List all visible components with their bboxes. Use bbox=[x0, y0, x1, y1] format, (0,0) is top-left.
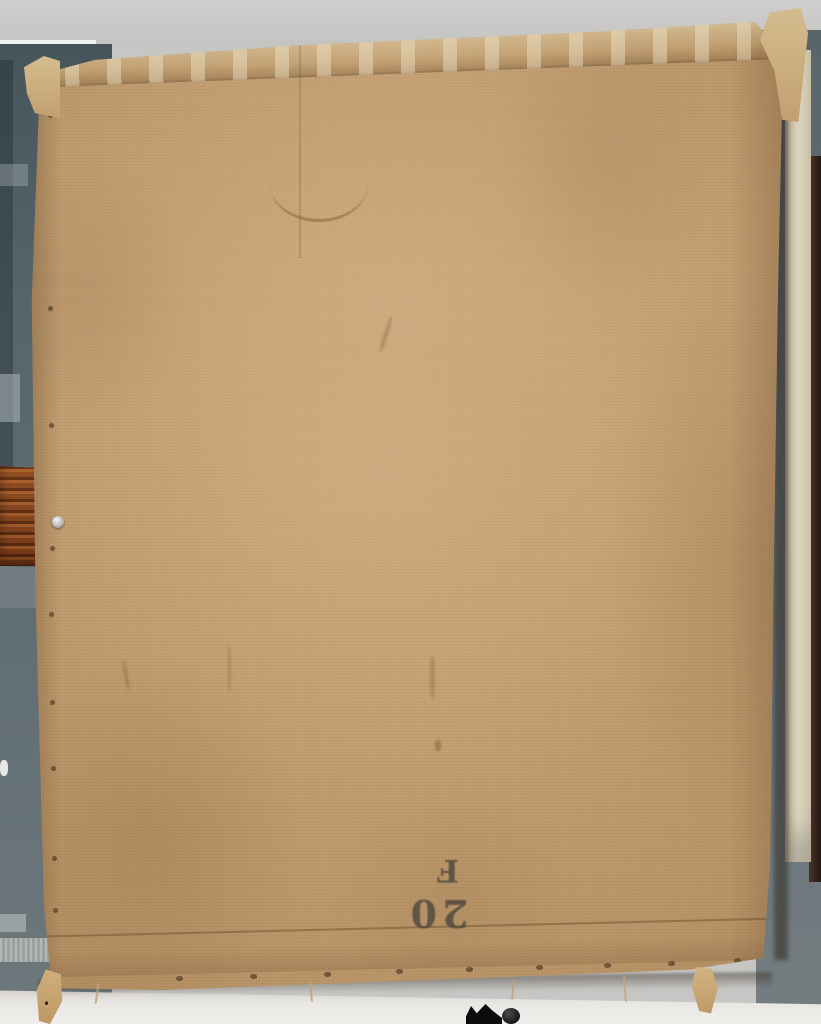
tack bbox=[49, 423, 54, 428]
tack bbox=[324, 972, 331, 977]
canvas-smudge bbox=[228, 646, 231, 692]
tack bbox=[52, 856, 57, 861]
canvas-verso: 20 F 981.21.20 bbox=[28, 18, 790, 993]
backdrop-stripe-upper bbox=[0, 914, 26, 932]
tack bbox=[50, 700, 55, 705]
tack bbox=[49, 612, 54, 617]
metal-tack bbox=[52, 516, 64, 528]
adjacent-canvas-edge bbox=[785, 50, 811, 862]
black-knob bbox=[502, 1008, 520, 1024]
stamp-letter: F bbox=[437, 854, 459, 885]
canvas-size-stamp: 20 F bbox=[392, 824, 482, 932]
tack bbox=[48, 306, 53, 311]
tack bbox=[250, 974, 257, 979]
tack bbox=[176, 976, 183, 981]
backdrop-faint-stripe bbox=[0, 164, 28, 186]
canvas-seam-line bbox=[299, 44, 301, 258]
canvas-smudge bbox=[435, 740, 441, 751]
tack bbox=[396, 969, 403, 974]
tack bbox=[466, 967, 473, 972]
backdrop-light-patch bbox=[0, 374, 20, 422]
tack bbox=[668, 961, 675, 966]
tack bbox=[50, 546, 55, 551]
tack bbox=[53, 908, 58, 913]
wall-white-mark bbox=[0, 760, 8, 776]
tack bbox=[51, 766, 56, 771]
canvas-smudge bbox=[430, 656, 435, 698]
tack bbox=[604, 963, 611, 968]
tack bbox=[536, 965, 543, 970]
stamp-number: 20 bbox=[406, 894, 469, 932]
photo-verso-of-painting: 20 F 981.21.20 bbox=[0, 0, 821, 1024]
